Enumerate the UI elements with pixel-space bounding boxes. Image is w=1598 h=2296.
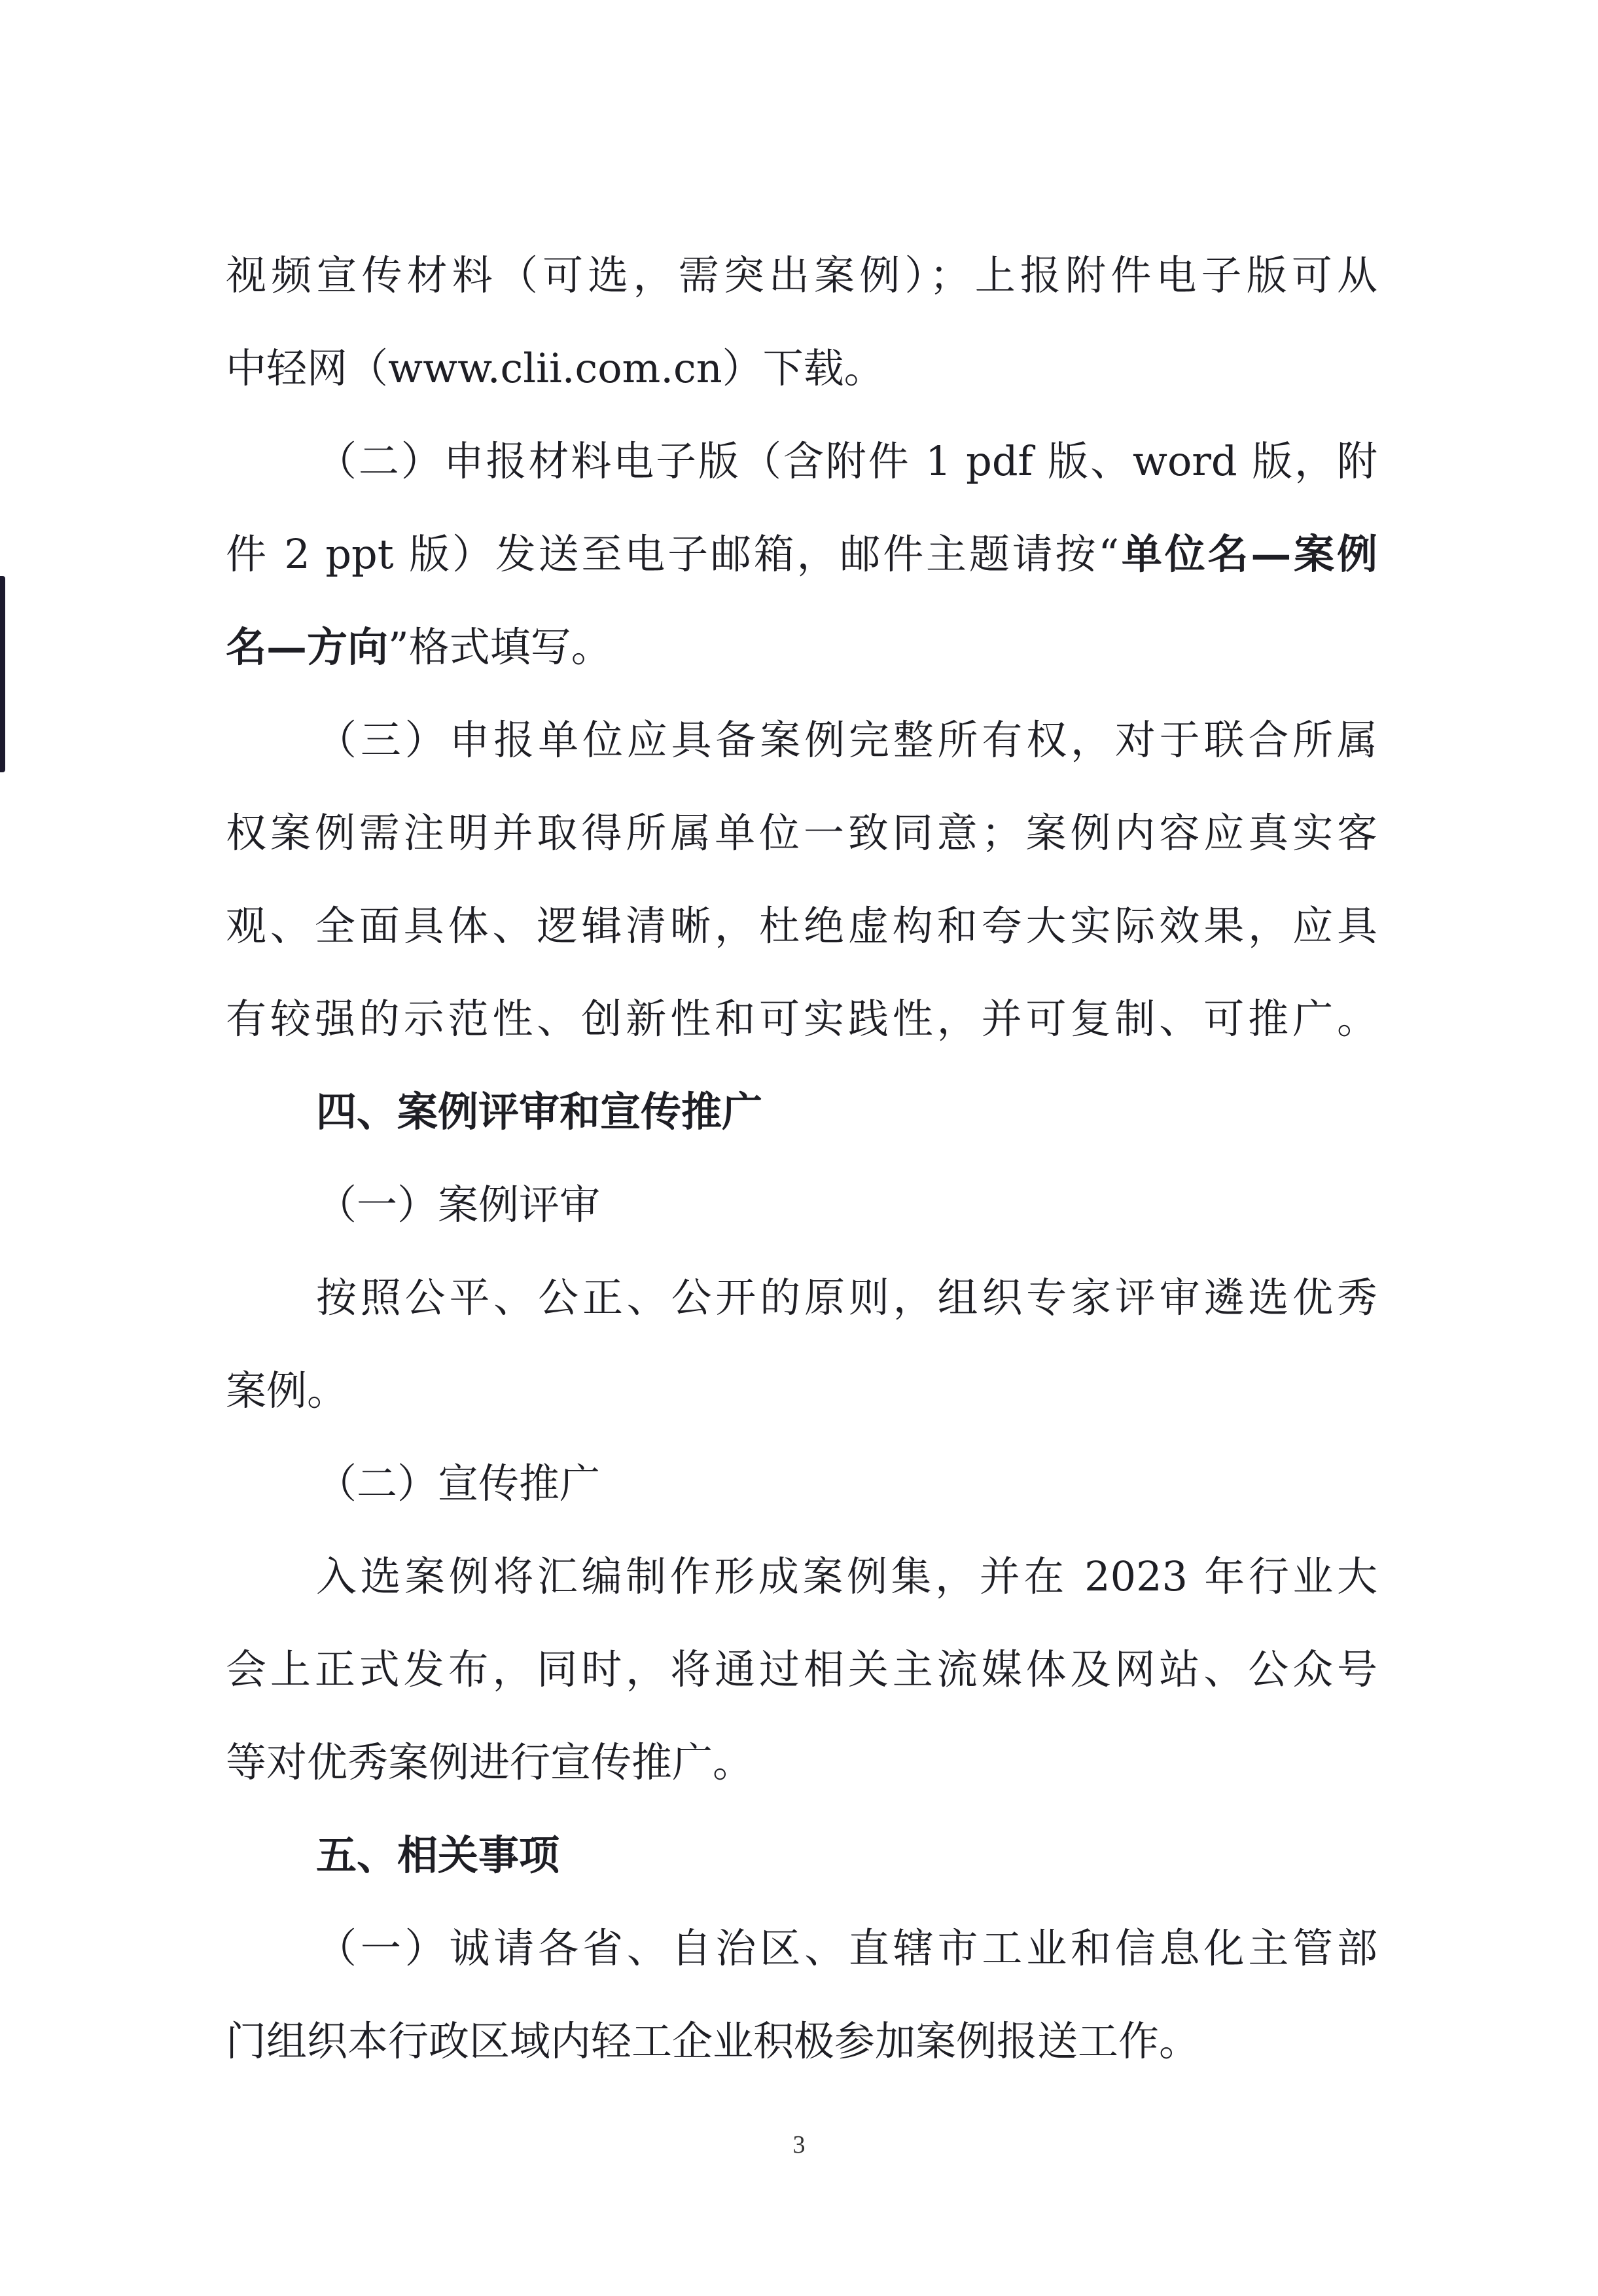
paragraph-line: 有较强的示范性、创新性和可实践性，并可复制、可推广。 [226,999,1377,1039]
paragraph-line: （三）申报单位应具备案例完整所有权，对于联合所属 [316,720,1377,761]
paragraph-line: 中轻网（www.clii.com.cn）下载。 [226,348,885,389]
paragraph-line: 会上正式发布，同时，将通过相关主流媒体及网站、公众号 [226,1649,1377,1690]
paragraph-line: 等对优秀案例进行宣传推广。 [226,1742,753,1783]
section-heading: 五、相关事项 [316,1835,559,1876]
page-number: 3 [0,2130,1598,2159]
paragraph-text: ”格式填写。 [388,623,612,671]
bold-format-text: 名—方向 [226,623,388,671]
section-heading: 四、案例评审和宣传推广 [316,1092,762,1132]
paragraph-line: 视频宣传材料（可选，需突出案例）；上报附件电子版可从 [226,255,1377,296]
paragraph-line: 权案例需注明并取得所属单位一致同意；案例内容应真实客 [226,813,1377,853]
paragraph-line: 名—方向”格式填写。 [226,627,612,668]
paragraph-line: 按照公平、公正、公开的原则，组织专家评审遴选优秀 [316,1278,1377,1318]
scan-edge-artifact [0,576,5,772]
subsection-title: （二）宣传推广 [316,1463,600,1504]
paragraph-line: 件 2 ppt 版）发送至电子邮箱，邮件主题请按“单位名—案例 [226,534,1377,575]
paragraph-line: （二）申报材料电子版（含附件 1 pdf 版、word 版，附 [316,441,1377,482]
paragraph-line: 案例。 [226,1371,347,1411]
paragraph-text: 件 2 ppt 版）发送至电子邮箱，邮件主题请按“ [226,530,1119,578]
paragraph-line: 观、全面具体、逻辑清晰，杜绝虚构和夸大实际效果，应具 [226,906,1377,946]
paragraph-line: 门组织本行政区域内轻工企业积极参加案例报送工作。 [226,2021,1199,2062]
subsection-title: （一）案例评审 [316,1185,600,1225]
paragraph-line: （一）诚请各省、自治区、直辖市工业和信息化主管部 [316,1928,1377,1969]
bold-format-text: 单位名—案例 [1119,530,1377,578]
paragraph-line: 入选案例将汇编制作形成案例集，并在 2023 年行业大 [316,1556,1377,1597]
